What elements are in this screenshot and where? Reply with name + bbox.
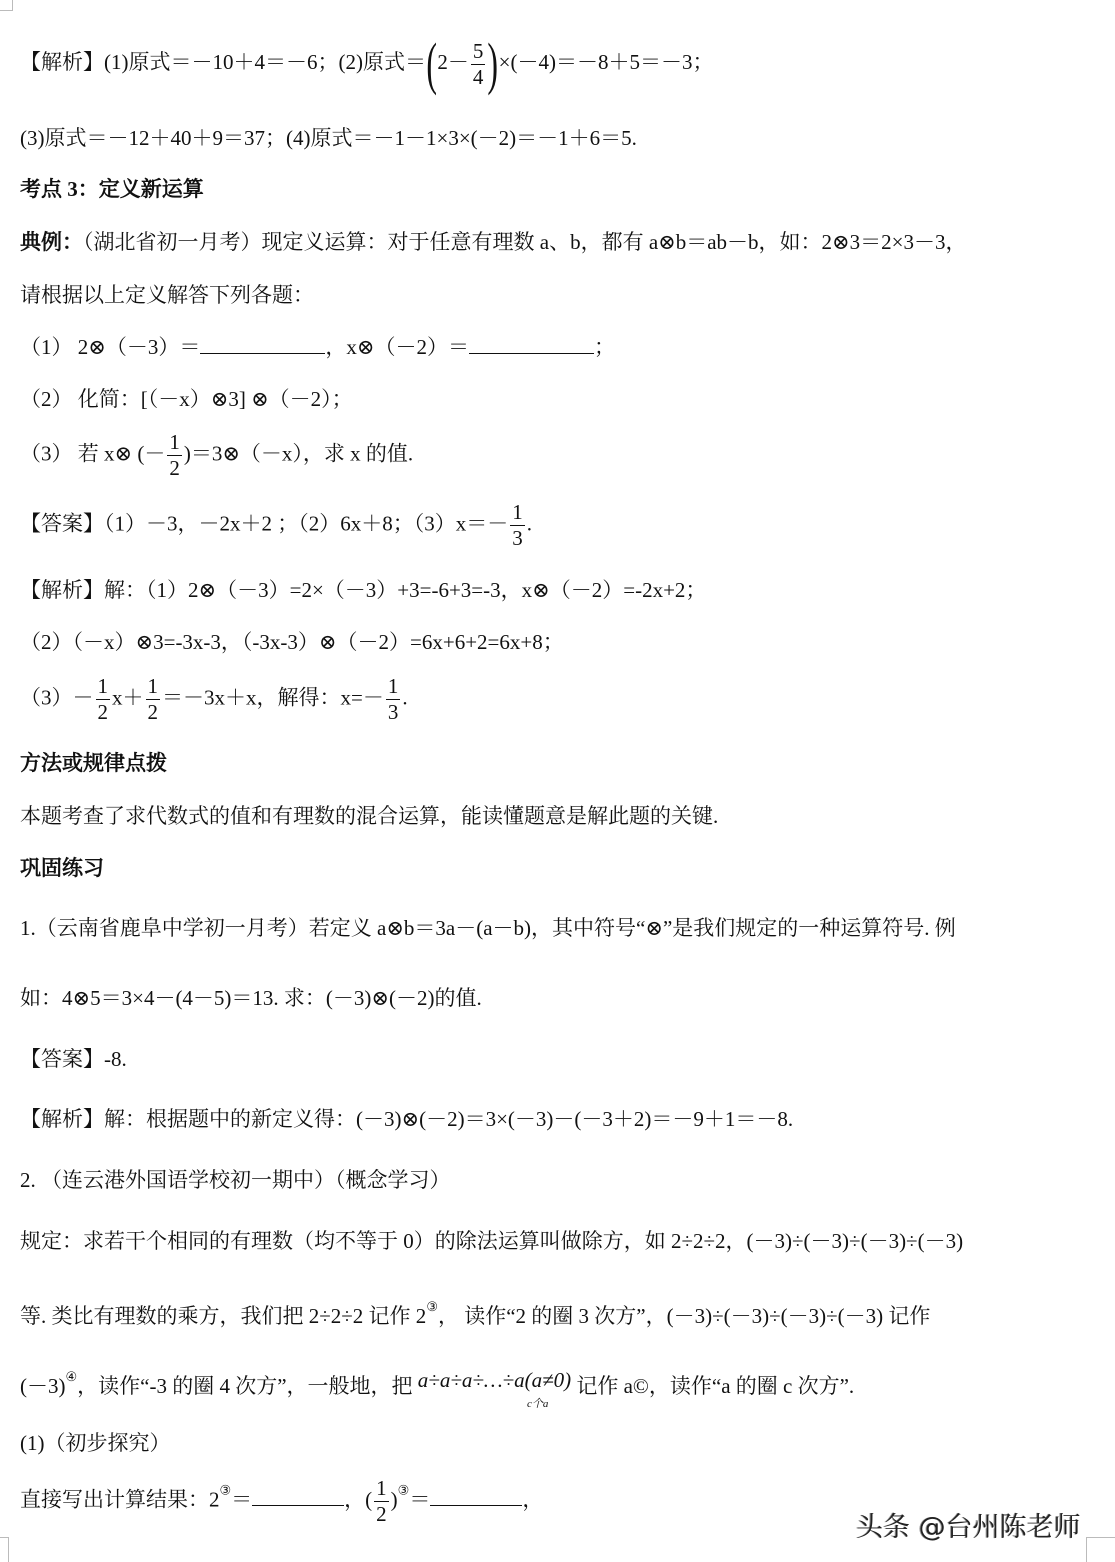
fraction: 12 xyxy=(96,676,111,723)
practice-q2-line2: 等. 类比有理数的乘方，我们把 2÷2÷2 记作 2③， 读作“2 的圈 3 次… xyxy=(20,1300,930,1327)
answer-blank[interactable] xyxy=(200,352,325,354)
practice-q1-solution: 【解析】解：根据题中的新定义得：(－3)⊗(－2)＝3×(－3)－(－3＋2)＝… xyxy=(20,1109,793,1130)
practice-q1-answer: 【答案】-8. xyxy=(20,1049,127,1070)
answer-label: 【答案】 xyxy=(20,511,104,535)
fraction: 13 xyxy=(386,676,401,723)
answer-blank[interactable] xyxy=(469,352,594,354)
answer-blank[interactable] xyxy=(252,1504,344,1506)
section-title: 考点 3：定义新运算 xyxy=(20,179,204,200)
solution-line1: 【解析】解：（1）2⊗（－3）=2×（－3）+3=-6+3=-3，x⊗（－2）=… xyxy=(20,580,706,601)
example-line2: 请根据以上定义解答下列各题： xyxy=(20,285,314,306)
answer-blank[interactable] xyxy=(430,1504,522,1506)
answer-line: 【答案】（1）－3，－2x＋2 ；（2）6x＋8；（3）x＝－13. xyxy=(20,502,532,549)
method-title: 方法或规律点拨 xyxy=(20,753,167,774)
practice-q2-title: 2. （连云港外国语学校初一期中）（概念学习） xyxy=(20,1170,451,1191)
practice-q2-sub1: (1)（初步探究） xyxy=(20,1433,171,1454)
fraction: 13 xyxy=(510,502,525,549)
practice-q2-line1: 规定：求若干个相同的有理数（均不等于 0）的除法运算叫做除方，如 2÷2÷2，(… xyxy=(20,1231,963,1252)
practice-q2-sub1-text: 直接写出计算结果：2③＝，(12)③＝， xyxy=(20,1478,543,1525)
analysis-prev-line2: (3)原式＝－12＋40＋9＝37；(4)原式＝－1－1×3×(－2)＝－1＋6… xyxy=(20,128,637,149)
analysis-label: 【解析】 xyxy=(20,50,104,74)
fraction: 12 xyxy=(146,676,161,723)
question-1: （1） 2⊗（－3）＝，x⊗（－2）＝； xyxy=(20,337,615,358)
method-text: 本题考查了求代数式的值和有理数的混合运算，能读懂题意是解此题的关键. xyxy=(20,806,718,827)
practice-q2-line3: (－3)④，读作“-3 的圈 4 次方”，一般地，把 a÷a÷a÷…÷a(a≠0… xyxy=(20,1370,854,1397)
fraction: 12 xyxy=(167,432,182,479)
question-2: （2） 化简：[（－x）⊗3] ⊗（－2）； xyxy=(20,389,353,410)
solution-line3: （3）－12x＋12＝－3x＋x，解得：x=－13. xyxy=(20,676,408,723)
example-label: 典例： xyxy=(20,230,83,254)
underbrace-label: c个a xyxy=(527,1395,548,1411)
page-corner-mark xyxy=(0,1537,9,1562)
solution-line2: （2）（－x）⊗3=-3x-3，（-3x-3）⊗（－2）=6x+6+2=6x+8… xyxy=(20,632,564,653)
watermark: 头条 @台州陈老师 xyxy=(856,1505,1081,1544)
practice-q1-line1: 1.（云南省鹿阜中学初一月考）若定义 a⊗b＝3a－(a－b)，其中符号“⊗”是… xyxy=(20,918,956,939)
analysis-prev-line1: 【解析】(1)原式＝－10＋4＝－6；(2)原式＝(2－54)×(－4)＝－8＋… xyxy=(20,35,713,93)
solution-label: 【解析】 xyxy=(20,1107,104,1131)
page-corner-mark xyxy=(1086,1537,1115,1562)
question-3: （3） 若 x⊗ (－12)＝3⊗（－x），求 x 的值. xyxy=(20,432,413,479)
fraction: 12 xyxy=(374,1478,389,1525)
fraction: 54 xyxy=(471,41,486,88)
answer-label: 【答案】 xyxy=(20,1047,104,1071)
solution-label: 【解析】 xyxy=(20,578,104,602)
practice-title: 巩固练习 xyxy=(20,858,104,879)
page-corner-mark xyxy=(0,0,13,11)
practice-q1-line2: 如：4⊗5＝3×4－(4－5)＝13. 求：(－3)⊗(－2)的值. xyxy=(20,988,482,1009)
example-line1: 典例：（湖北省初一月考）现定义运算：对于任意有理数 a、b，都有 a⊗b＝ab－… xyxy=(20,232,967,253)
